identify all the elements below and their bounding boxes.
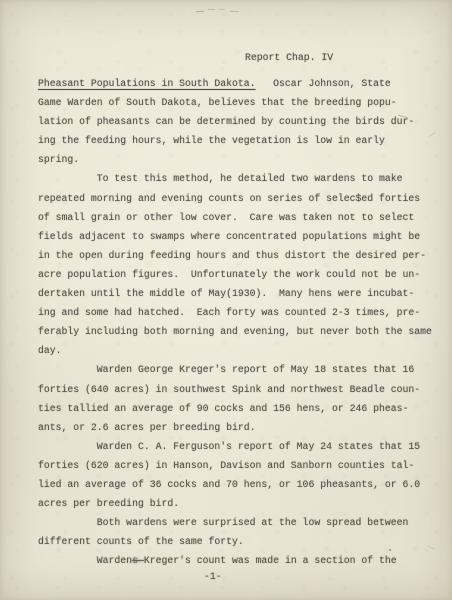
text-line: spring. — [38, 150, 442, 169]
text-segment: dertaken until the middle of May(1930). … — [38, 288, 414, 299]
text-line: fields adjacent to swamps where concentr… — [38, 227, 442, 246]
text-line: Pheasant Populations in South Dakota. Os… — [38, 74, 442, 93]
paragraph: To test this method, he detailed two war… — [38, 169, 442, 360]
text-segment: To test this method, he detailed two war… — [38, 173, 403, 184]
text-segment: ants, or 2.6 acres per breeding bird. — [38, 422, 256, 433]
text-segment: Game Warden of South Dakota, believes th… — [38, 97, 397, 108]
text-line: lied an average of 36 cocks and 70 hens,… — [38, 475, 442, 494]
text-segment: day. — [38, 345, 62, 356]
text-line: forties (620 acres) in Hanson, Davison a… — [38, 456, 442, 475]
text-line: forties (640 acres) in southwest Spink a… — [38, 380, 442, 399]
text-line: acres per breeding bird. — [38, 494, 442, 513]
paragraph: Warden C. A. Ferguson's report of May 24… — [38, 437, 442, 513]
pencil-mark — [208, 9, 215, 10]
text-segment: different counts of the same forty. — [38, 536, 244, 547]
page-header: Report Chap. IV — [245, 52, 333, 64]
text-line: of small grain or other low cover. Care … — [38, 208, 442, 227]
text-segment: forties (620 acres) in Hanson, Davison a… — [38, 460, 414, 471]
text-segment: forties (640 acres) in southwest Spink a… — [38, 384, 420, 395]
paragraph: Both wardens were surprised at the low s… — [38, 513, 442, 551]
paragraph: Wardens Kreger's count was made in a sec… — [38, 551, 442, 570]
text-line: ing the feeding hours, while the vegetat… — [38, 131, 442, 150]
text-segment: Kreger's count was made in a section of … — [144, 555, 397, 566]
document-page: Report Chap. IV Pheasant Populations in … — [0, 0, 452, 600]
text-segment: lied an average of 36 cocks and 70 hens,… — [38, 479, 420, 490]
text-segment: spring. — [38, 154, 79, 165]
text-segment: Both wardens were surprised at the low s… — [38, 517, 408, 528]
text-line: Game Warden of South Dakota, believes th… — [38, 93, 442, 112]
text-segment: of small grain or other low cover. Care … — [38, 212, 414, 223]
paragraph: Warden George Kreger's report of May 18 … — [38, 360, 442, 436]
text-line: acre population figures. Unfortunately t… — [38, 265, 442, 284]
text-line: ing and some had hatched. Each forty was… — [38, 303, 442, 322]
text-segment: in the open during feeding hours and thu… — [38, 250, 426, 261]
text-line: day. — [38, 341, 442, 360]
struck-out-text: s — [132, 555, 144, 566]
text-segment: fields adjacent to swamps where concentr… — [38, 231, 420, 242]
text-segment: ing the feeding hours, while the vegetat… — [38, 135, 385, 146]
page-number: -1- — [204, 571, 222, 583]
text-segment: ing and some had hatched. Each forty was… — [38, 307, 420, 318]
text-line: ties tallied an average of 90 cocks and … — [38, 399, 442, 418]
text-line: repeated morning and evening counts on s… — [38, 189, 442, 208]
text-segment: Warden — [38, 555, 132, 566]
text-segment: repeated morning and evening counts on s… — [38, 193, 420, 204]
text-line: ferably including both morning and eveni… — [38, 322, 442, 341]
text-line: Warden C. A. Ferguson's report of May 24… — [38, 437, 442, 456]
text-line: lation of pheasants can be determined by… — [38, 112, 442, 131]
text-segment: Oscar Johnson, State — [256, 78, 391, 89]
text-line: Both wardens were surprised at the low s… — [38, 513, 442, 532]
text-segment: Warden C. A. Ferguson's report of May 24… — [38, 441, 420, 452]
text-line: dertaken until the middle of May(1930). … — [38, 284, 442, 303]
text-segment: ties tallied an average of 90 cocks and … — [38, 403, 408, 414]
paragraph: Pheasant Populations in South Dakota. Os… — [38, 74, 442, 169]
section-heading: Pheasant Populations in South Dakota. — [38, 78, 256, 89]
text-segment: acres per breeding bird. — [38, 498, 179, 509]
text-segment: Warden George Kreger's report of May 18 … — [38, 364, 414, 375]
text-segment: acre population figures. Unfortunately t… — [38, 269, 420, 280]
text-line: different counts of the same forty. — [38, 532, 442, 551]
text-line: ants, or 2.6 acres per breeding bird. — [38, 418, 442, 437]
text-line: in the open during feeding hours and thu… — [38, 246, 442, 265]
text-line: To test this method, he detailed two war… — [38, 169, 442, 188]
text-segment: ferably including both morning and eveni… — [38, 326, 432, 337]
pencil-mark — [230, 11, 239, 12]
pencil-mark — [219, 9, 225, 11]
text-line: Wardens Kreger's count was made in a sec… — [38, 551, 442, 570]
text-segment: lation of pheasants can be determined by… — [38, 116, 414, 127]
pencil-mark — [196, 11, 204, 13]
text-line: Warden George Kreger's report of May 18 … — [38, 360, 442, 379]
typewritten-text: Pheasant Populations in South Dakota. Os… — [38, 74, 442, 570]
